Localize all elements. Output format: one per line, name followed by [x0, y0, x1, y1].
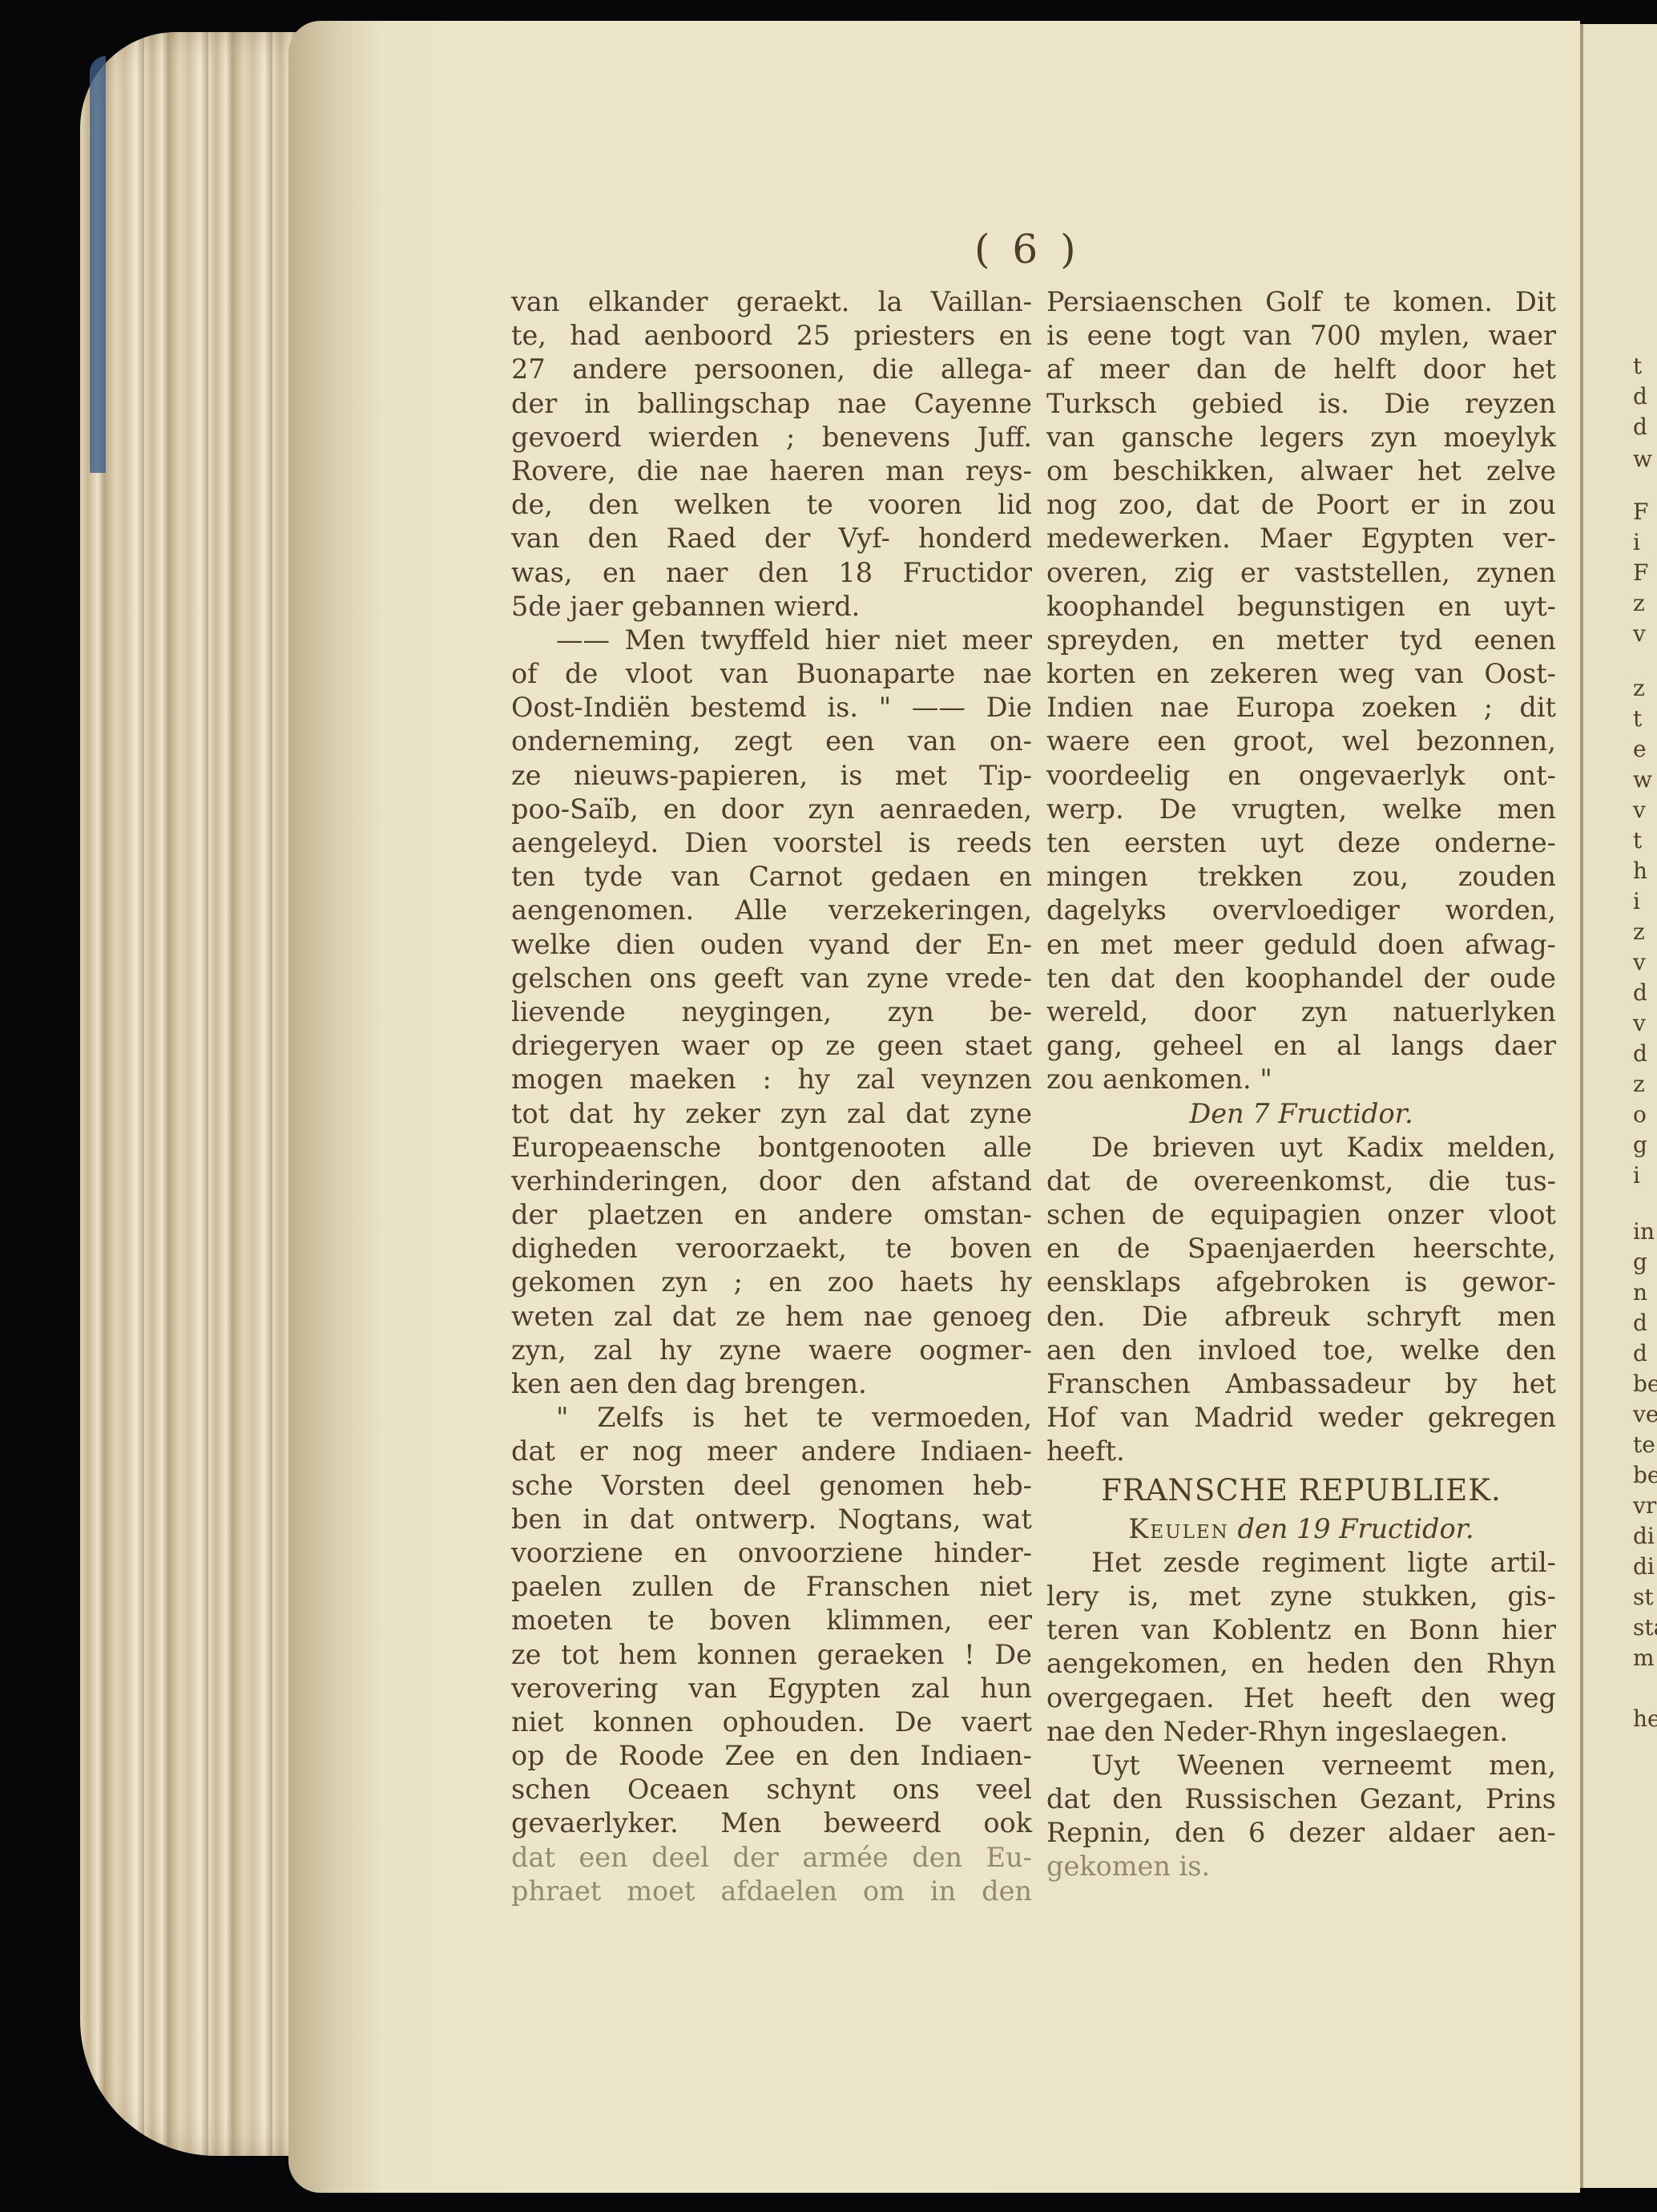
- text-line: weten zal dat ze hem nae genoeg: [511, 1300, 1032, 1334]
- text-line: verovering van Egypten zal hun: [511, 1672, 1032, 1705]
- text-line: Uyt Weenen verneemt men,: [1046, 1749, 1556, 1782]
- text-line: Indien nae Europa zoeken ; dit: [1046, 691, 1556, 725]
- text-line: van elkander geraekt. la Vaillan-: [511, 285, 1032, 319]
- text-line: der in ballingschap nae Cayenne: [511, 387, 1032, 421]
- text-line: mingen trekken zou, zouden: [1046, 860, 1556, 894]
- next-page-fragment: vr: [1633, 1492, 1656, 1519]
- paragraph-continuation: Persiaenschen Golf te komen. Ditis eene …: [1046, 285, 1556, 1097]
- next-page-fragment: d: [1633, 979, 1647, 1006]
- left-column: van elkander geraekt. la Vaillan-te, had…: [511, 285, 1032, 1908]
- text-line: gekomen zyn ; en zoo haets hy: [511, 1265, 1032, 1299]
- text-line: van den Raed der Vyf- honderd: [511, 522, 1032, 555]
- next-page-fragment: g: [1633, 1132, 1647, 1158]
- text-line: korten en zekeren weg van Oost-: [1046, 657, 1556, 691]
- text-line: digheden veroorzaekt, te boven: [511, 1232, 1032, 1265]
- text-line: aengenomen. Alle verzekeringen,: [511, 894, 1032, 927]
- text-line: voorziene en onvoorziene hinder-: [511, 1536, 1032, 1570]
- next-page-fragment: n: [1633, 1279, 1647, 1306]
- next-page-fragment: be: [1633, 1370, 1657, 1397]
- text-line: den. Die afbreuk schryft men: [1046, 1300, 1556, 1334]
- text-line: schen de equipagien onzer vloot: [1046, 1198, 1556, 1232]
- paragraph-artillery: Het zesde regiment ligte artil-lery is, …: [1046, 1546, 1556, 1749]
- text-line: aengekomen, en heden den Rhyn: [1046, 1647, 1556, 1681]
- text-line: om beschikken, alwaer het zelve: [1046, 454, 1556, 488]
- dateline-date: den 19 Fructidor.: [1237, 1513, 1474, 1544]
- text-line: tot dat hy zeker zyn zal dat zyne: [511, 1097, 1032, 1131]
- next-page-fragment: v: [1633, 1010, 1646, 1036]
- text-line: heeft.: [1046, 1435, 1556, 1468]
- text-line: Repnin, den 6 dezer aldaer aen-: [1046, 1816, 1556, 1850]
- text-line: en de Spaenjaerden heerschte,: [1046, 1232, 1556, 1265]
- text-line: —— Men twyffeld hier niet meer: [511, 624, 1032, 657]
- text-line: nog zoo, dat de Poort er in zou: [1046, 488, 1556, 522]
- text-line: gevaerlyker. Men beweerd ook: [511, 1806, 1032, 1840]
- text-line: schen Oceaen schynt ons veel: [511, 1773, 1032, 1806]
- text-line: Hof van Madrid weder gekregen: [1046, 1401, 1556, 1435]
- text-line: of de vloot van Buonaparte nae: [511, 657, 1032, 691]
- text-line: ten dat den koophandel der oude: [1046, 962, 1556, 995]
- text-line: af meer dan de helft door het: [1046, 353, 1556, 386]
- text-line: Turksch gebied is. Die reyzen: [1046, 387, 1556, 421]
- next-page-fragment: d: [1633, 383, 1647, 410]
- next-page-fragment: o: [1633, 1101, 1647, 1128]
- next-page-fragment: z: [1633, 590, 1645, 616]
- next-page-fragment: m: [1633, 1645, 1655, 1671]
- text-line: nae den Neder-Rhyn ingeslaegen.: [1046, 1715, 1556, 1749]
- text-line: lievende neygingen, zyn be-: [511, 995, 1032, 1029]
- text-line: spreyden, en metter tyd eenen: [1046, 624, 1556, 657]
- text-line: van gansche legers zyn moeylyk: [1046, 421, 1556, 454]
- text-line: der plaetzen en andere omstan-: [511, 1198, 1032, 1232]
- section-heading: FRANSCHE REPUBLIEK.: [1046, 1469, 1556, 1512]
- text-line: wereld, door zyn natuerlyken: [1046, 995, 1556, 1029]
- text-line: ten tyde van Carnot gedaen en: [511, 860, 1032, 894]
- text-line: mogen maeken : hy zal veynzen: [511, 1063, 1032, 1096]
- text-line: 5de jaer gebannen wierd.: [511, 590, 1032, 624]
- text-line: dagelyks overvloediger worden,: [1046, 894, 1556, 927]
- text-line: overgegaen. Het heeft den weg: [1046, 1681, 1556, 1715]
- next-page-fragment: v: [1633, 620, 1646, 647]
- next-page-fragment: i: [1633, 529, 1640, 555]
- text-line: Het zesde regiment ligte artil-: [1046, 1546, 1556, 1580]
- text-line: gekomen is.: [1046, 1850, 1556, 1883]
- paragraph-weenen: Uyt Weenen verneemt men,dat den Russisch…: [1046, 1749, 1556, 1884]
- text-line: moeten te boven klimmen, eer: [511, 1604, 1032, 1637]
- text-line: aen den invloed toe, welke den: [1046, 1334, 1556, 1367]
- text-line: waere een groot, wel bezonnen,: [1046, 725, 1556, 758]
- text-line: Rovere, die nae haeren man reys-: [511, 454, 1032, 488]
- next-page-fragment: di: [1633, 1523, 1655, 1549]
- text-line: driegeryen waer op ze geen staet: [511, 1029, 1032, 1063]
- text-line: verhinderingen, door den afstand: [511, 1165, 1032, 1198]
- text-line: " Zelfs is het te vermoeden,: [511, 1401, 1032, 1435]
- next-page-fragment: t: [1633, 827, 1642, 854]
- page-gutter-shadow: [288, 21, 385, 2193]
- text-line: dat den Russischen Gezant, Prins: [1046, 1782, 1556, 1816]
- text-line: gevoerd wierden ; benevens Juff.: [511, 421, 1032, 454]
- text-line: zou aenkomen. ": [1046, 1063, 1556, 1096]
- text-line: ze nieuws-papieren, is met Tip-: [511, 759, 1032, 793]
- next-page-fragment: ve: [1633, 1401, 1657, 1427]
- next-page-fragment: h: [1633, 858, 1647, 884]
- next-page-fragment: z: [1633, 918, 1645, 945]
- next-page-fragment: te: [1633, 1431, 1655, 1458]
- next-page-fragment: t: [1633, 353, 1642, 379]
- next-page-fragment: v: [1633, 797, 1646, 823]
- next-page-fragment: z: [1633, 675, 1645, 701]
- date-heading: Den 7 Fructidor.: [1046, 1097, 1556, 1131]
- text-line: ten eersten uyt deze onderne-: [1046, 826, 1556, 860]
- next-page-fragment: di: [1633, 1553, 1655, 1580]
- text-line: de, den welken te vooren lid: [511, 488, 1032, 522]
- next-page-fragment: g: [1633, 1249, 1647, 1275]
- text-line: Europeaensche bontgenooten alle: [511, 1131, 1032, 1165]
- next-page-fragment: i: [1633, 1162, 1640, 1189]
- next-page-fragment: in: [1633, 1218, 1655, 1245]
- text-line: paelen zullen de Franschen niet: [511, 1570, 1032, 1604]
- next-page-fragment: he: [1633, 1705, 1657, 1732]
- text-line: te, had aenboord 25 priesters en: [511, 319, 1032, 353]
- text-line: onderneming, zegt een van on-: [511, 725, 1032, 758]
- text-line: aengeleyd. Dien voorstel is reeds: [511, 826, 1032, 860]
- text-line: overen, zig er vaststellen, zynen: [1046, 556, 1556, 590]
- next-page-fragment: w: [1633, 766, 1652, 793]
- page-number: ( 6 ): [974, 226, 1081, 272]
- next-page-fragment: d: [1633, 414, 1647, 440]
- text-line: 27 andere persoonen, die allega-: [511, 353, 1032, 386]
- text-line: gang, geheel en al langs daer: [1046, 1029, 1556, 1063]
- next-page-fragment: F: [1633, 559, 1648, 586]
- text-line: Persiaenschen Golf te komen. Dit: [1046, 285, 1556, 319]
- text-line: zyn, zal hy zyne waere oogmer-: [511, 1334, 1032, 1367]
- text-line: lery is, met zyne stukken, gis-: [1046, 1580, 1556, 1613]
- text-line: medewerken. Maer Egypten ver-: [1046, 522, 1556, 555]
- next-page-fragment: F: [1633, 499, 1648, 525]
- text-line: werp. De vrugten, welke men: [1046, 793, 1556, 826]
- text-line: dat er nog meer andere Indiaen-: [511, 1435, 1032, 1468]
- text-line: poo-Saïb, en door zyn aenraeden,: [511, 793, 1032, 826]
- next-page-fragment: d: [1633, 1310, 1647, 1336]
- next-page-fragment: sta: [1633, 1614, 1657, 1641]
- text-line: dat de overeenkomst, die tus-: [1046, 1165, 1556, 1198]
- text-line: welke dien ouden vyand der En-: [511, 928, 1032, 962]
- text-line: sche Vorsten deel genomen heb-: [511, 1469, 1032, 1503]
- right-column: Persiaenschen Golf te komen. Ditis eene …: [1046, 285, 1556, 1884]
- next-page-fragment: i: [1633, 888, 1640, 914]
- paragraph-kadix: De brieven uyt Kadix melden,dat de overe…: [1046, 1131, 1556, 1469]
- text-line: ken aen den dag brengen.: [511, 1367, 1032, 1401]
- next-page-fragment: d: [1633, 1040, 1647, 1067]
- text-line: was, en naer den 18 Fructidor: [511, 556, 1032, 590]
- text-line: niet konnen ophouden. De vaert: [511, 1705, 1032, 1739]
- text-line: Oost-Indiën bestemd is. " —— Die: [511, 691, 1032, 725]
- text-line: is eene togt van 700 mylen, waer: [1046, 319, 1556, 353]
- text-line: De brieven uyt Kadix melden,: [1046, 1131, 1556, 1165]
- next-page-fragment: w: [1633, 446, 1652, 472]
- text-line: op de Roode Zee en den Indiaen-: [511, 1739, 1032, 1773]
- text-line: eensklaps afgebroken is gewor-: [1046, 1265, 1556, 1299]
- dateline-place: Keulen: [1128, 1513, 1228, 1544]
- text-line: voordeelig en ongevaerlyk ont-: [1046, 759, 1556, 793]
- next-page-fragment: v: [1633, 949, 1646, 975]
- text-line: dat een deel der armée den Eu-: [511, 1841, 1032, 1875]
- text-line: ben in dat ontwerp. Nogtans, wat: [511, 1503, 1032, 1536]
- text-line: gelschen ons geeft van zyne vrede-: [511, 962, 1032, 995]
- next-page-fragment: be: [1633, 1462, 1657, 1488]
- next-page-fragment: d: [1633, 1340, 1647, 1366]
- next-page-fragment: st: [1633, 1584, 1654, 1610]
- next-page-fragment: t: [1633, 705, 1642, 732]
- text-line: Franschen Ambassadeur by het: [1046, 1367, 1556, 1401]
- text-line: en met meer geduld doen afwag-: [1046, 928, 1556, 962]
- text-line: ze tot hem konnen geraeken ! De: [511, 1638, 1032, 1672]
- next-page-fragment: z: [1633, 1071, 1645, 1097]
- book-cover-edge: [90, 56, 106, 473]
- dateline: Keulen den 19 Fructidor.: [1046, 1512, 1556, 1546]
- next-page-fragment: e: [1633, 736, 1647, 762]
- text-line: teren van Koblentz en Bonn hier: [1046, 1613, 1556, 1647]
- text-line: phraet moet afdaelen om in den: [511, 1875, 1032, 1908]
- text-line: koophandel begunstigen en uyt-: [1046, 590, 1556, 624]
